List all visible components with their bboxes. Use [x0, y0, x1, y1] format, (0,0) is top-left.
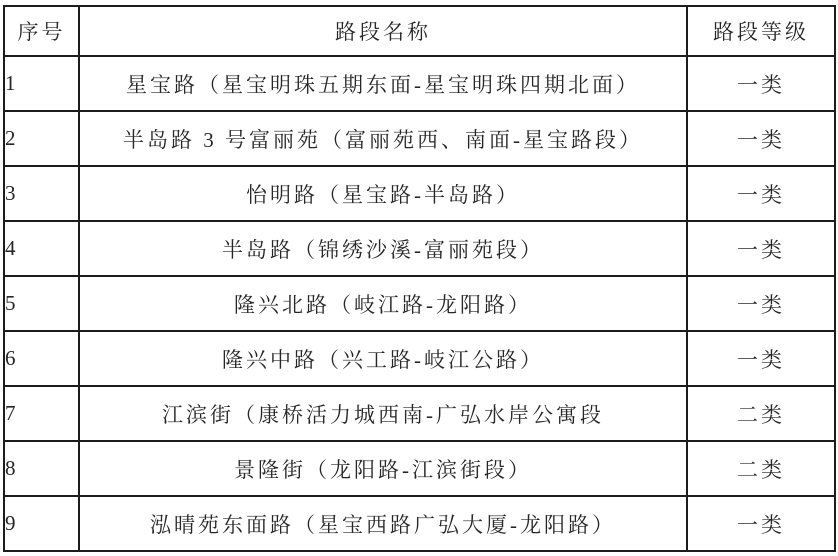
table-row: 5 隆兴北路（岐江路-龙阳路） 一类 — [4, 276, 835, 331]
grade-cell: 一类 — [687, 166, 835, 221]
grade-cell: 一类 — [687, 496, 835, 551]
table-row: 6 隆兴中路（兴工路-岐江公路） 一类 — [4, 331, 835, 386]
road-grade-table-container: 序号 路段名称 路段等级 1 星宝路（星宝明珠五期东面-星宝明珠四期北面） 一类… — [3, 5, 834, 551]
table-row: 3 怡明路（星宝路-半岛路） 一类 — [4, 166, 835, 221]
grade-cell: 二类 — [687, 386, 835, 441]
table-row: 9 泓晴苑东面路（星宝西路广弘大厦-龙阳路） 一类 — [4, 496, 835, 551]
road-name-cell: 隆兴中路（兴工路-岐江公路） — [79, 331, 687, 386]
column-header-grade: 路段等级 — [687, 6, 835, 56]
road-grade-table: 序号 路段名称 路段等级 1 星宝路（星宝明珠五期东面-星宝明珠四期北面） 一类… — [3, 5, 836, 552]
road-name-cell: 泓晴苑东面路（星宝西路广弘大厦-龙阳路） — [79, 496, 687, 551]
grade-cell: 二类 — [687, 441, 835, 496]
row-index-cell: 6 — [4, 331, 79, 386]
row-index-cell: 5 — [4, 276, 79, 331]
row-index-cell: 7 — [4, 386, 79, 441]
column-header-road-name: 路段名称 — [79, 6, 687, 56]
table-row: 2 半岛路 3 号富丽苑（富丽苑西、南面-星宝路段） 一类 — [4, 111, 835, 166]
row-index-cell: 8 — [4, 441, 79, 496]
row-index-cell: 3 — [4, 166, 79, 221]
row-index-cell: 4 — [4, 221, 79, 276]
grade-cell: 一类 — [687, 56, 835, 111]
grade-cell: 一类 — [687, 111, 835, 166]
row-index-cell: 2 — [4, 111, 79, 166]
road-name-cell: 怡明路（星宝路-半岛路） — [79, 166, 687, 221]
row-index-cell: 9 — [4, 496, 79, 551]
road-name-cell: 景隆街（龙阳路-江滨街段） — [79, 441, 687, 496]
table-row: 8 景隆街（龙阳路-江滨街段） 二类 — [4, 441, 835, 496]
row-index-cell: 1 — [4, 56, 79, 111]
table-row: 7 江滨街（康桥活力城西南-广弘水岸公寓段 二类 — [4, 386, 835, 441]
road-name-cell: 半岛路（锦绣沙溪-富丽苑段） — [79, 221, 687, 276]
grade-cell: 一类 — [687, 331, 835, 386]
road-name-cell: 隆兴北路（岐江路-龙阳路） — [79, 276, 687, 331]
road-name-cell: 江滨街（康桥活力城西南-广弘水岸公寓段 — [79, 386, 687, 441]
table-row: 1 星宝路（星宝明珠五期东面-星宝明珠四期北面） 一类 — [4, 56, 835, 111]
grade-cell: 一类 — [687, 276, 835, 331]
road-name-cell: 星宝路（星宝明珠五期东面-星宝明珠四期北面） — [79, 56, 687, 111]
grade-cell: 一类 — [687, 221, 835, 276]
road-name-cell: 半岛路 3 号富丽苑（富丽苑西、南面-星宝路段） — [79, 111, 687, 166]
table-row: 4 半岛路（锦绣沙溪-富丽苑段） 一类 — [4, 221, 835, 276]
table-header-row: 序号 路段名称 路段等级 — [4, 6, 835, 56]
column-header-index: 序号 — [4, 6, 79, 56]
